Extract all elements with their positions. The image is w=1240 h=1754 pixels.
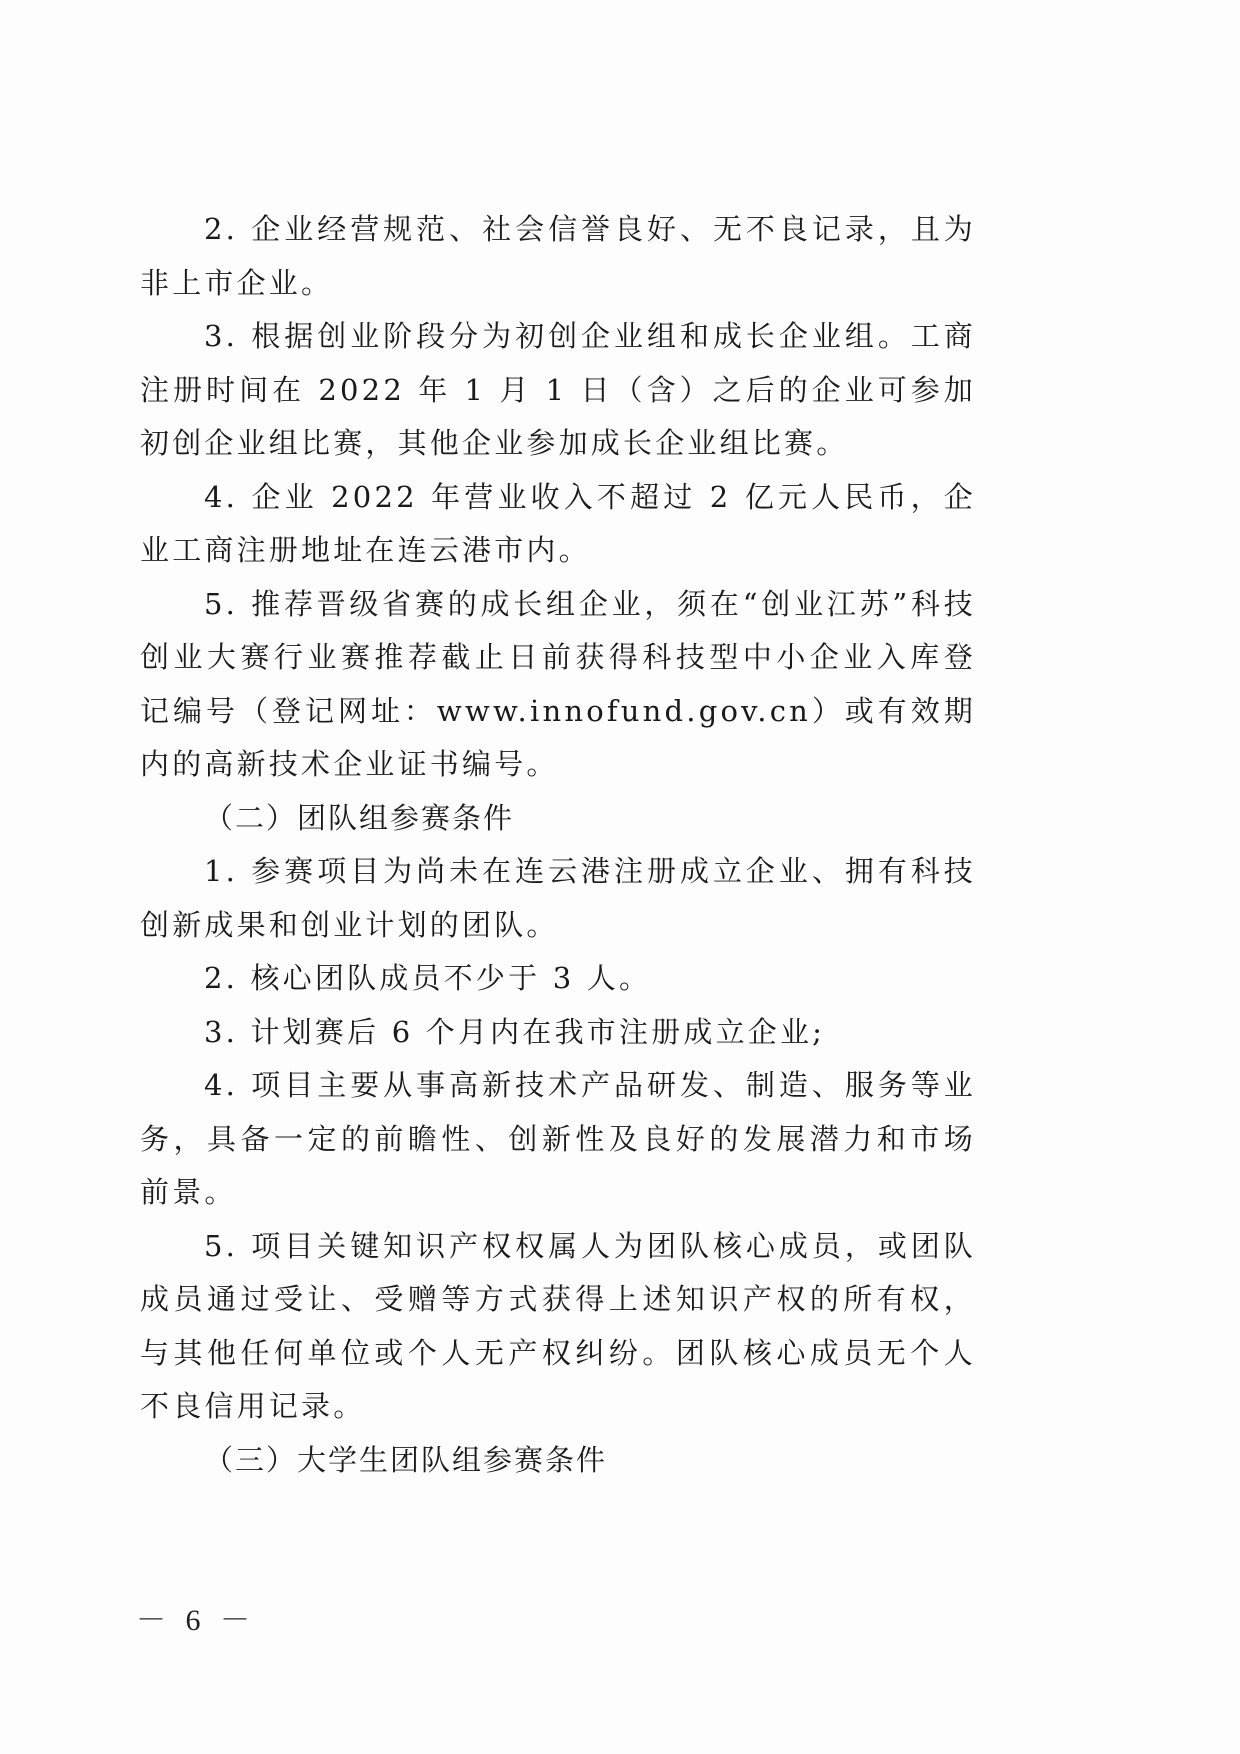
- team-condition-5: 5. 项目关键知识产权权属人为团队核心成员，或团队成员通过受让、受赠等方式获得上…: [140, 1220, 976, 1434]
- enterprise-condition-5: 5. 推荐晋级省赛的成长组企业，须在“创业江苏”科技创业大赛行业赛推荐截止日前获…: [140, 578, 976, 792]
- team-condition-4: 4. 项目主要从事高新技术产品研发、制造、服务等业务，具备一定的前瞻性、创新性及…: [140, 1059, 976, 1220]
- section-heading-student-team-group: （三）大学生团队组参赛条件: [140, 1434, 976, 1488]
- team-condition-1: 1. 参赛项目为尚未在连云港注册成立企业、拥有科技创新成果和创业计划的团队。: [140, 845, 976, 952]
- team-condition-3: 3. 计划赛后 6 个月内在我市注册成立企业;: [140, 1006, 976, 1060]
- enterprise-condition-2: 2. 企业经营规范、社会信誉良好、无不良记录，且为非上市企业。: [140, 203, 976, 310]
- document-body: 2. 企业经营规范、社会信誉良好、无不良记录，且为非上市企业。 3. 根据创业阶…: [140, 203, 976, 1487]
- team-condition-2: 2. 核心团队成员不少于 3 人。: [140, 952, 976, 1006]
- section-heading-team-group: （二）团队组参赛条件: [140, 792, 976, 846]
- enterprise-condition-4: 4. 企业 2022 年营业收入不超过 2 亿元人民币，企业工商注册地址在连云港…: [140, 471, 976, 578]
- enterprise-condition-3: 3. 根据创业阶段分为初创企业组和成长企业组。工商注册时间在 2022 年 1 …: [140, 310, 976, 471]
- document-page: 2. 企业经营规范、社会信誉良好、无不良记录，且为非上市企业。 3. 根据创业阶…: [0, 0, 1240, 1754]
- page-number: － 6 －: [136, 1595, 256, 1639]
